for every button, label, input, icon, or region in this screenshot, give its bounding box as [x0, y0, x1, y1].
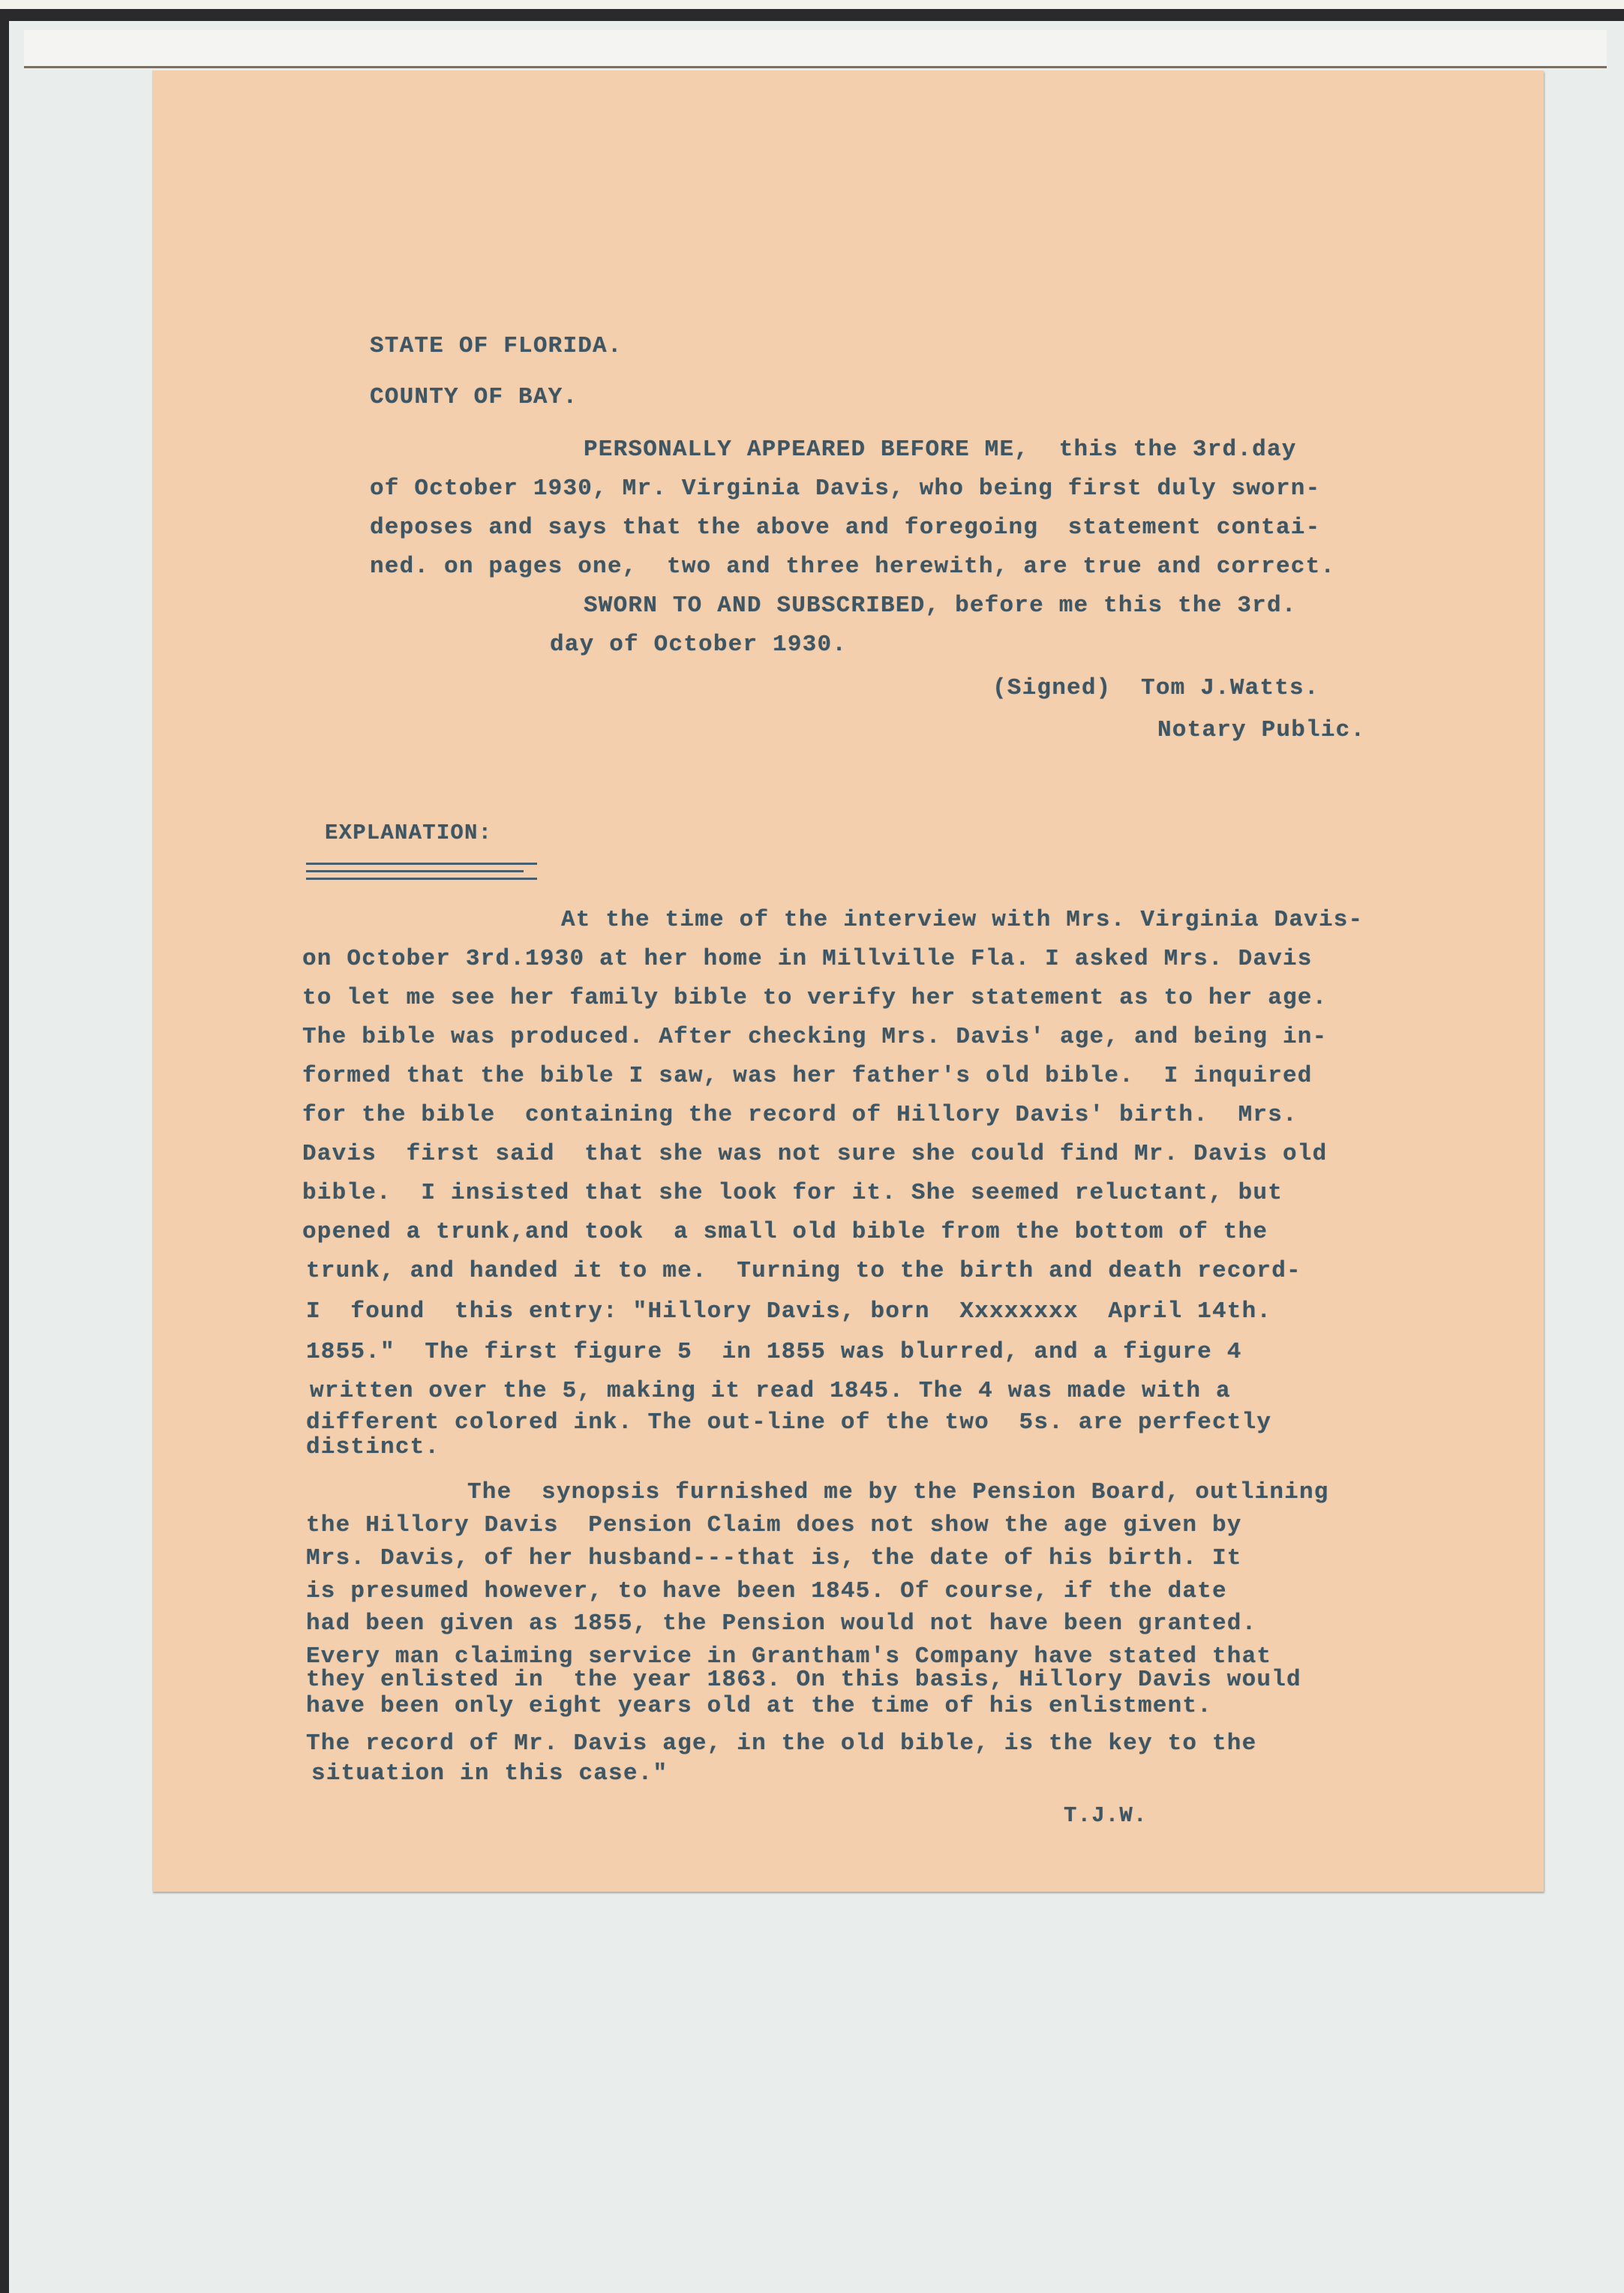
explanation-line: distinct. [306, 1434, 440, 1460]
notary-signature: (Signed) Tom J.Watts. [992, 675, 1319, 701]
heading-underline [306, 870, 524, 872]
notary-title: Notary Public. [1157, 717, 1365, 743]
explanation-line: opened a trunk,and took a small old bibl… [302, 1219, 1268, 1245]
explanation-line: have been only eight years old at the ti… [306, 1693, 1212, 1719]
paper-strip [24, 30, 1607, 68]
affidavit-line: PERSONALLY APPEARED BEFORE ME, this the … [584, 437, 1297, 463]
heading-underline [306, 878, 537, 880]
explanation-line: trunk, and handed it to me. Turning to t… [306, 1258, 1301, 1284]
explanation-line: the Hillory Davis Pension Claim does not… [306, 1512, 1242, 1538]
heading-underline [306, 863, 537, 865]
state-heading: STATE OF FLORIDA. [370, 333, 623, 359]
explanation-line: Every man claiming service in Grantham's… [306, 1643, 1271, 1670]
explanation-line: At the time of the interview with Mrs. V… [561, 907, 1363, 933]
explanation-line: to let me see her family bible to verify… [302, 985, 1327, 1011]
explanation-line: different colored ink. The out-line of t… [306, 1409, 1271, 1436]
binder-edge [0, 9, 9, 2293]
affidavit-line: deposes and says that the above and fore… [370, 515, 1320, 541]
explanation-line: had been given as 1855, the Pension woul… [306, 1610, 1256, 1637]
explanation-line: bible. I insisted that she look for it. … [302, 1180, 1283, 1206]
explanation-line: The record of Mr. Davis age, in the old … [306, 1730, 1256, 1757]
explanation-line: 1855." The first figure 5 in 1855 was bl… [306, 1339, 1242, 1365]
explanation-line: formed that the bible I saw, was her fat… [302, 1063, 1313, 1089]
explanation-line: The bible was produced. After checking M… [302, 1024, 1327, 1050]
explanation-line: The synopsis furnished me by the Pension… [467, 1479, 1329, 1505]
explanation-line: for the bible containing the record of H… [302, 1102, 1298, 1128]
sworn-line: day of October 1930. [550, 632, 847, 658]
initials: T.J.W. [1064, 1803, 1148, 1828]
explanation-line: written over the 5, making it read 1845.… [310, 1378, 1231, 1404]
explanation-line: on October 3rd.1930 at her home in Millv… [302, 946, 1313, 972]
explanation-line: situation in this case." [311, 1760, 668, 1787]
explanation-line: is presumed however, to have been 1845. … [306, 1578, 1227, 1604]
county-heading: COUNTY OF BAY. [370, 384, 578, 410]
explanation-line: I found this entry: "Hillory Davis, born… [306, 1298, 1271, 1325]
explanation-heading: EXPLANATION: [325, 821, 492, 845]
affidavit-line: ned. on pages one, two and three herewit… [370, 554, 1335, 580]
document-page: STATE OF FLORIDA. COUNTY OF BAY. PERSONA… [152, 71, 1544, 1892]
binder-bar [5, 9, 1624, 21]
affidavit-line: of October 1930, Mr. Virginia Davis, who… [370, 476, 1320, 502]
explanation-line: they enlisted in the year 1863. On this … [306, 1667, 1301, 1693]
sworn-line: SWORN TO AND SUBSCRIBED, before me this … [584, 593, 1297, 619]
explanation-line: Mrs. Davis, of her husband---that is, th… [306, 1545, 1242, 1571]
explanation-line: Davis first said that she was not sure s… [302, 1141, 1327, 1167]
